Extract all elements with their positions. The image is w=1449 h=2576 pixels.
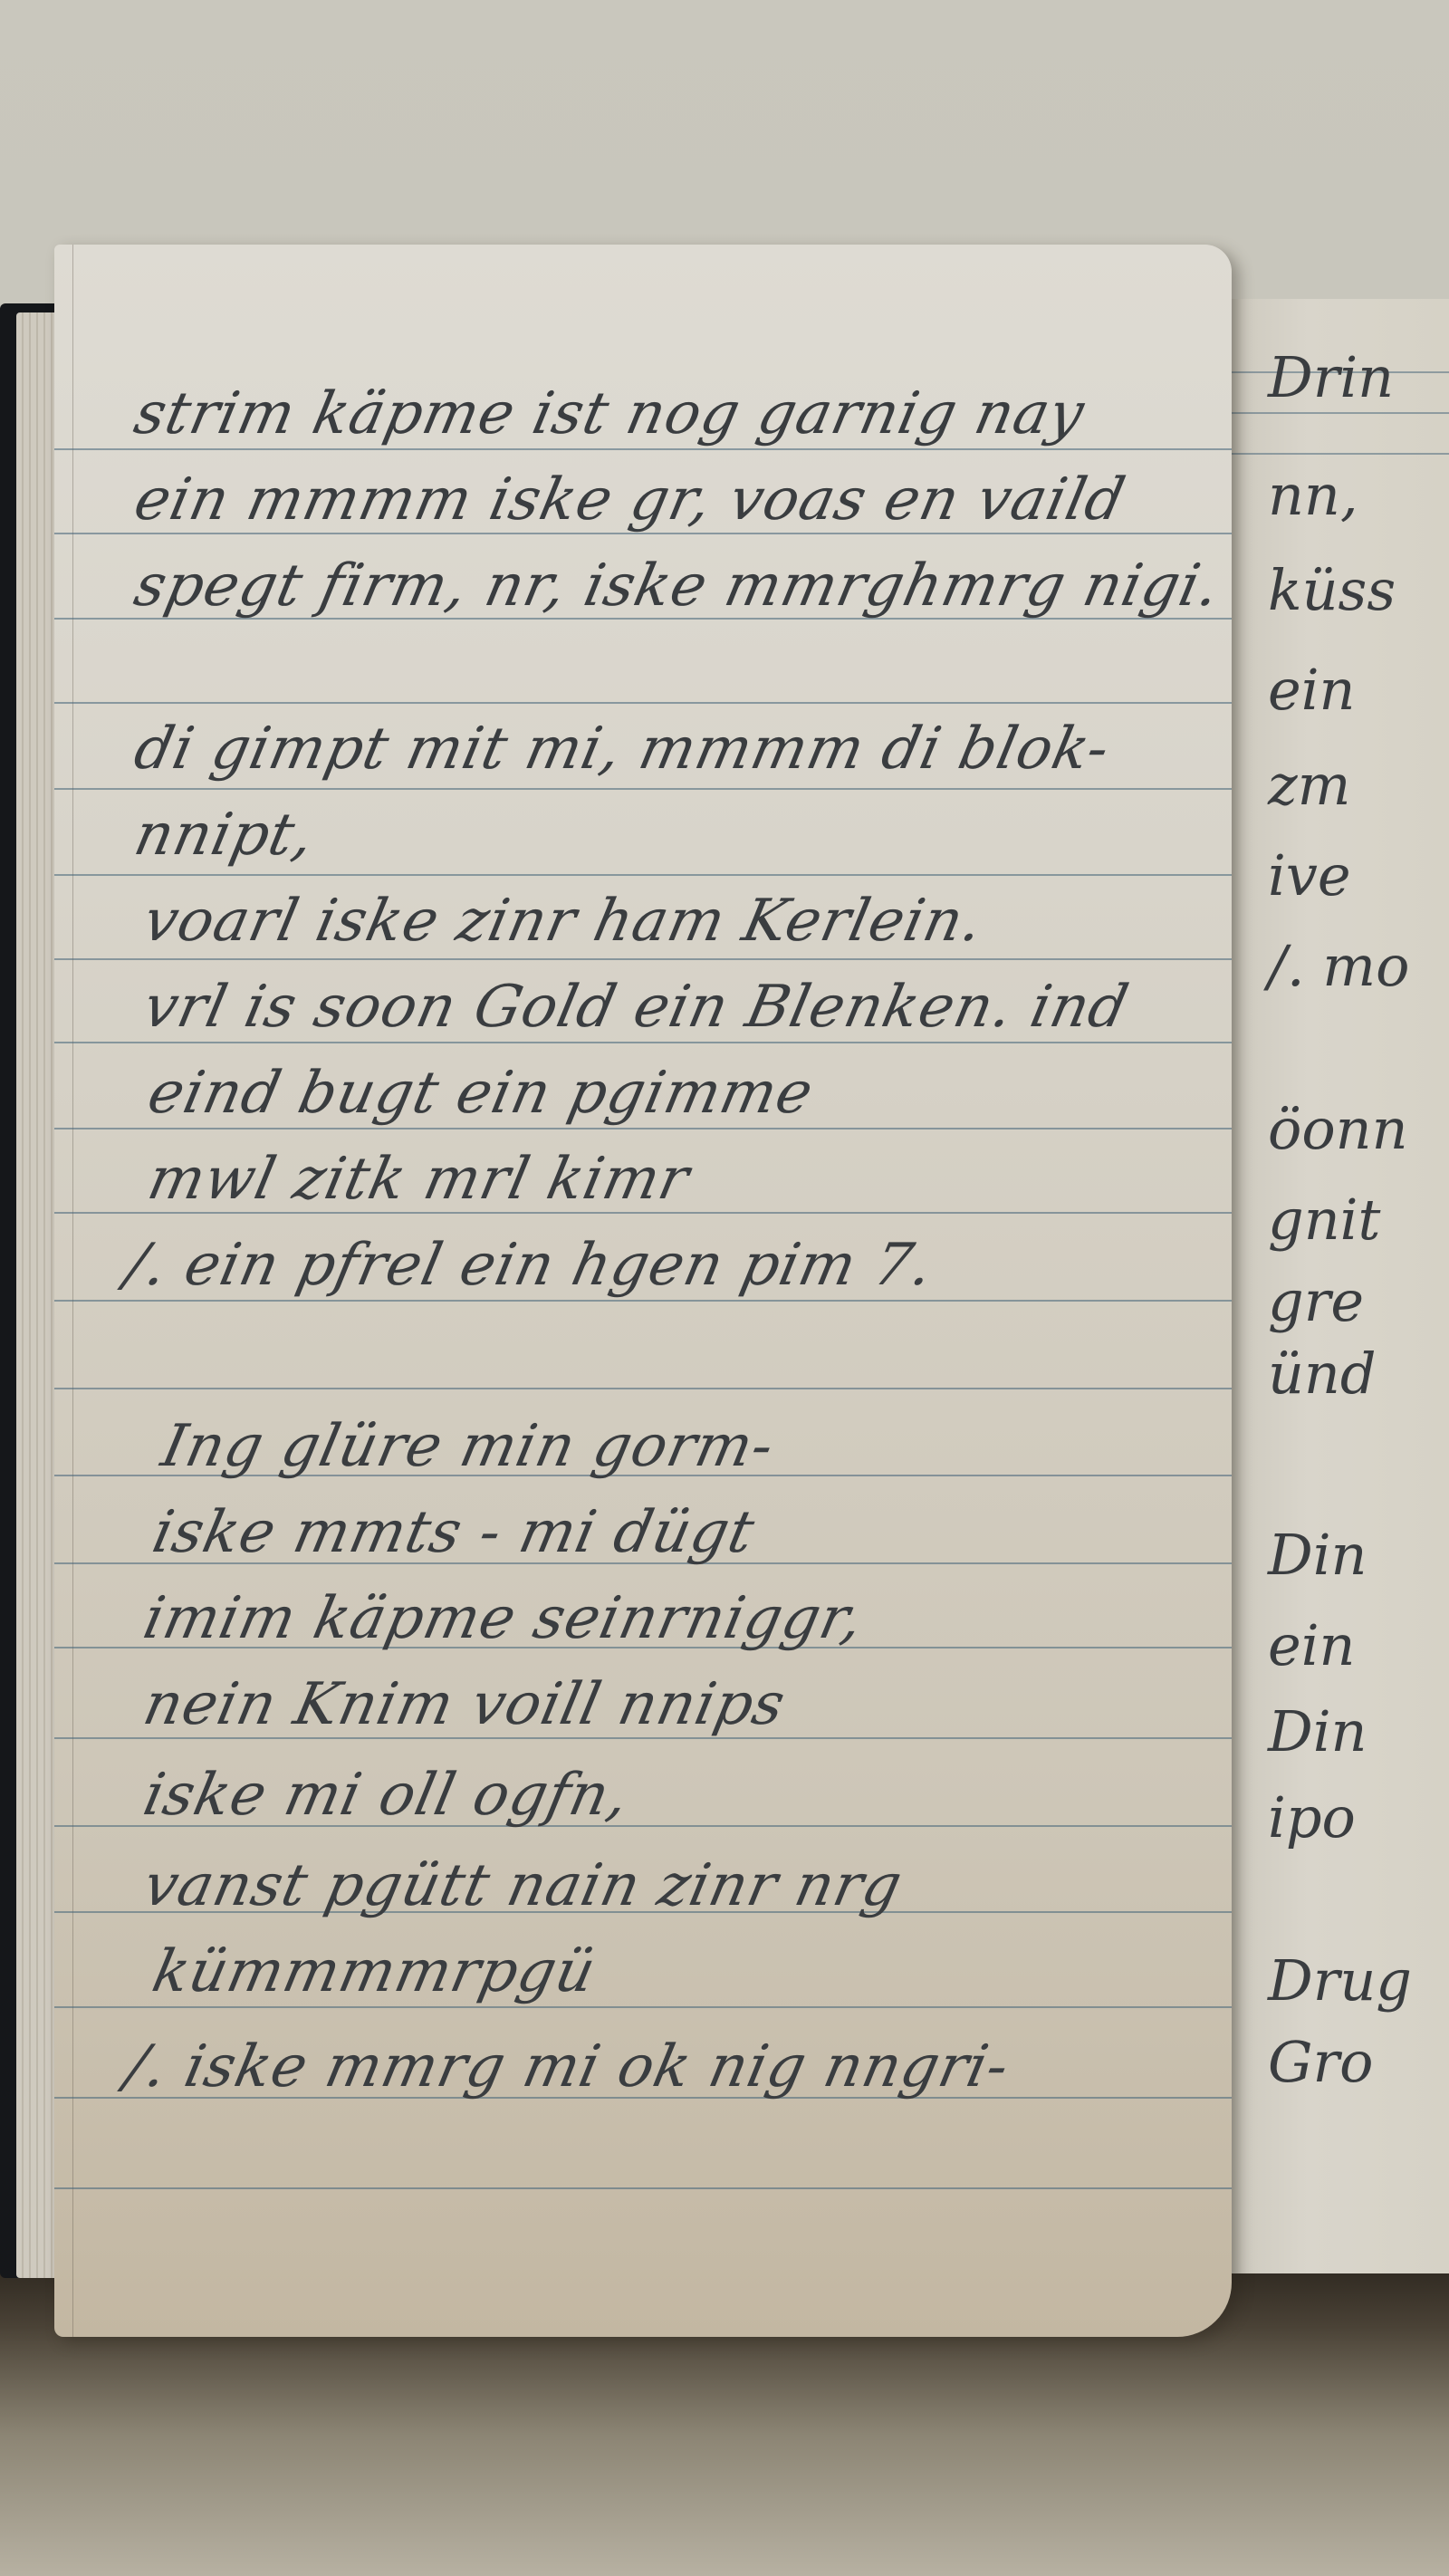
handwritten-line: vanst pgütt nain zinr nrg: [138, 1852, 908, 1919]
handwritten-line: /. ein pfrel ein hgen pim 7.: [120, 1232, 939, 1299]
handwritten-line: Gro: [1268, 2029, 1374, 2095]
handwritten-line: spegt firm, nr, iske mmrghmrg nigi.: [129, 553, 1226, 620]
handwritten-line: küss: [1268, 557, 1396, 623]
page-margin-line: [72, 245, 73, 2337]
ruled-line: [1214, 453, 1449, 455]
ruled-line: [54, 2187, 1232, 2189]
handwritten-line: gnit: [1268, 1187, 1380, 1253]
handwritten-line: nein Knim voill nnips: [138, 1671, 792, 1738]
right-page: Drin nn, küss ein zm ive /. mo öonn gnit…: [1214, 299, 1449, 2273]
ruled-line: [54, 874, 1232, 876]
handwritten-line: voarl iske zinr ham Kerlein.: [138, 888, 989, 955]
handwritten-line: nnipt,: [129, 802, 321, 869]
handwritten-line: ive: [1268, 842, 1351, 908]
handwritten-line: mwl zitk mrl kimr: [142, 1146, 696, 1213]
handwritten-line: kümmmmrpgü: [147, 1938, 601, 2005]
ruled-line: [54, 958, 1232, 960]
handwritten-line: ein mmmm iske gr, voas en vaild: [129, 466, 1131, 533]
ruled-line: [54, 788, 1232, 790]
handwritten-line: zm: [1268, 752, 1350, 818]
ruled-line: [54, 2006, 1232, 2008]
handwritten-line: öonn: [1268, 1096, 1408, 1162]
left-page: strim käpme ist nog garnig nay ein mmmm …: [54, 245, 1232, 2337]
handwritten-line: /. mo: [1268, 933, 1409, 999]
ruled-line: [54, 1042, 1232, 1043]
handwritten-line: ein: [1268, 657, 1355, 723]
ruled-line: [54, 1300, 1232, 1302]
ruled-line: [54, 702, 1232, 704]
ruled-line: [54, 1128, 1232, 1129]
handwritten-line: gre: [1268, 1268, 1364, 1334]
ruled-line: [1214, 412, 1449, 414]
handwritten-line: iske mmts - mi dügt: [147, 1499, 761, 1566]
handwritten-line: iske mi oll ogfn,: [138, 1762, 635, 1829]
handwritten-line: imim käpme seinrniggr,: [138, 1585, 869, 1652]
handwritten-line: eind bugt ein pgimme: [142, 1060, 819, 1127]
handwritten-line: di gimpt mit mi, mmmm di blok-: [129, 716, 1116, 783]
handwritten-line: /. iske mmrg mi ok nig nngri-: [120, 2033, 1015, 2100]
handwritten-line: Drin: [1268, 344, 1394, 410]
handwritten-line: strim käpme ist nog garnig nay: [129, 380, 1090, 447]
handwritten-line: vrl is soon Gold ein Blenken. ind: [138, 974, 1135, 1041]
ruled-line: [54, 1388, 1232, 1389]
handwritten-line: ünd: [1268, 1341, 1377, 1407]
handwritten-line: Drug: [1268, 1947, 1412, 2014]
ruled-line: [54, 448, 1232, 450]
handwritten-line: Ing glüre min gorm-: [156, 1413, 780, 1480]
handwritten-line: Din: [1268, 1698, 1367, 1764]
handwritten-line: ein: [1268, 1612, 1355, 1678]
handwritten-line: ipo: [1268, 1784, 1356, 1850]
handwritten-line: nn,: [1268, 462, 1358, 528]
handwritten-line: Din: [1268, 1522, 1367, 1588]
